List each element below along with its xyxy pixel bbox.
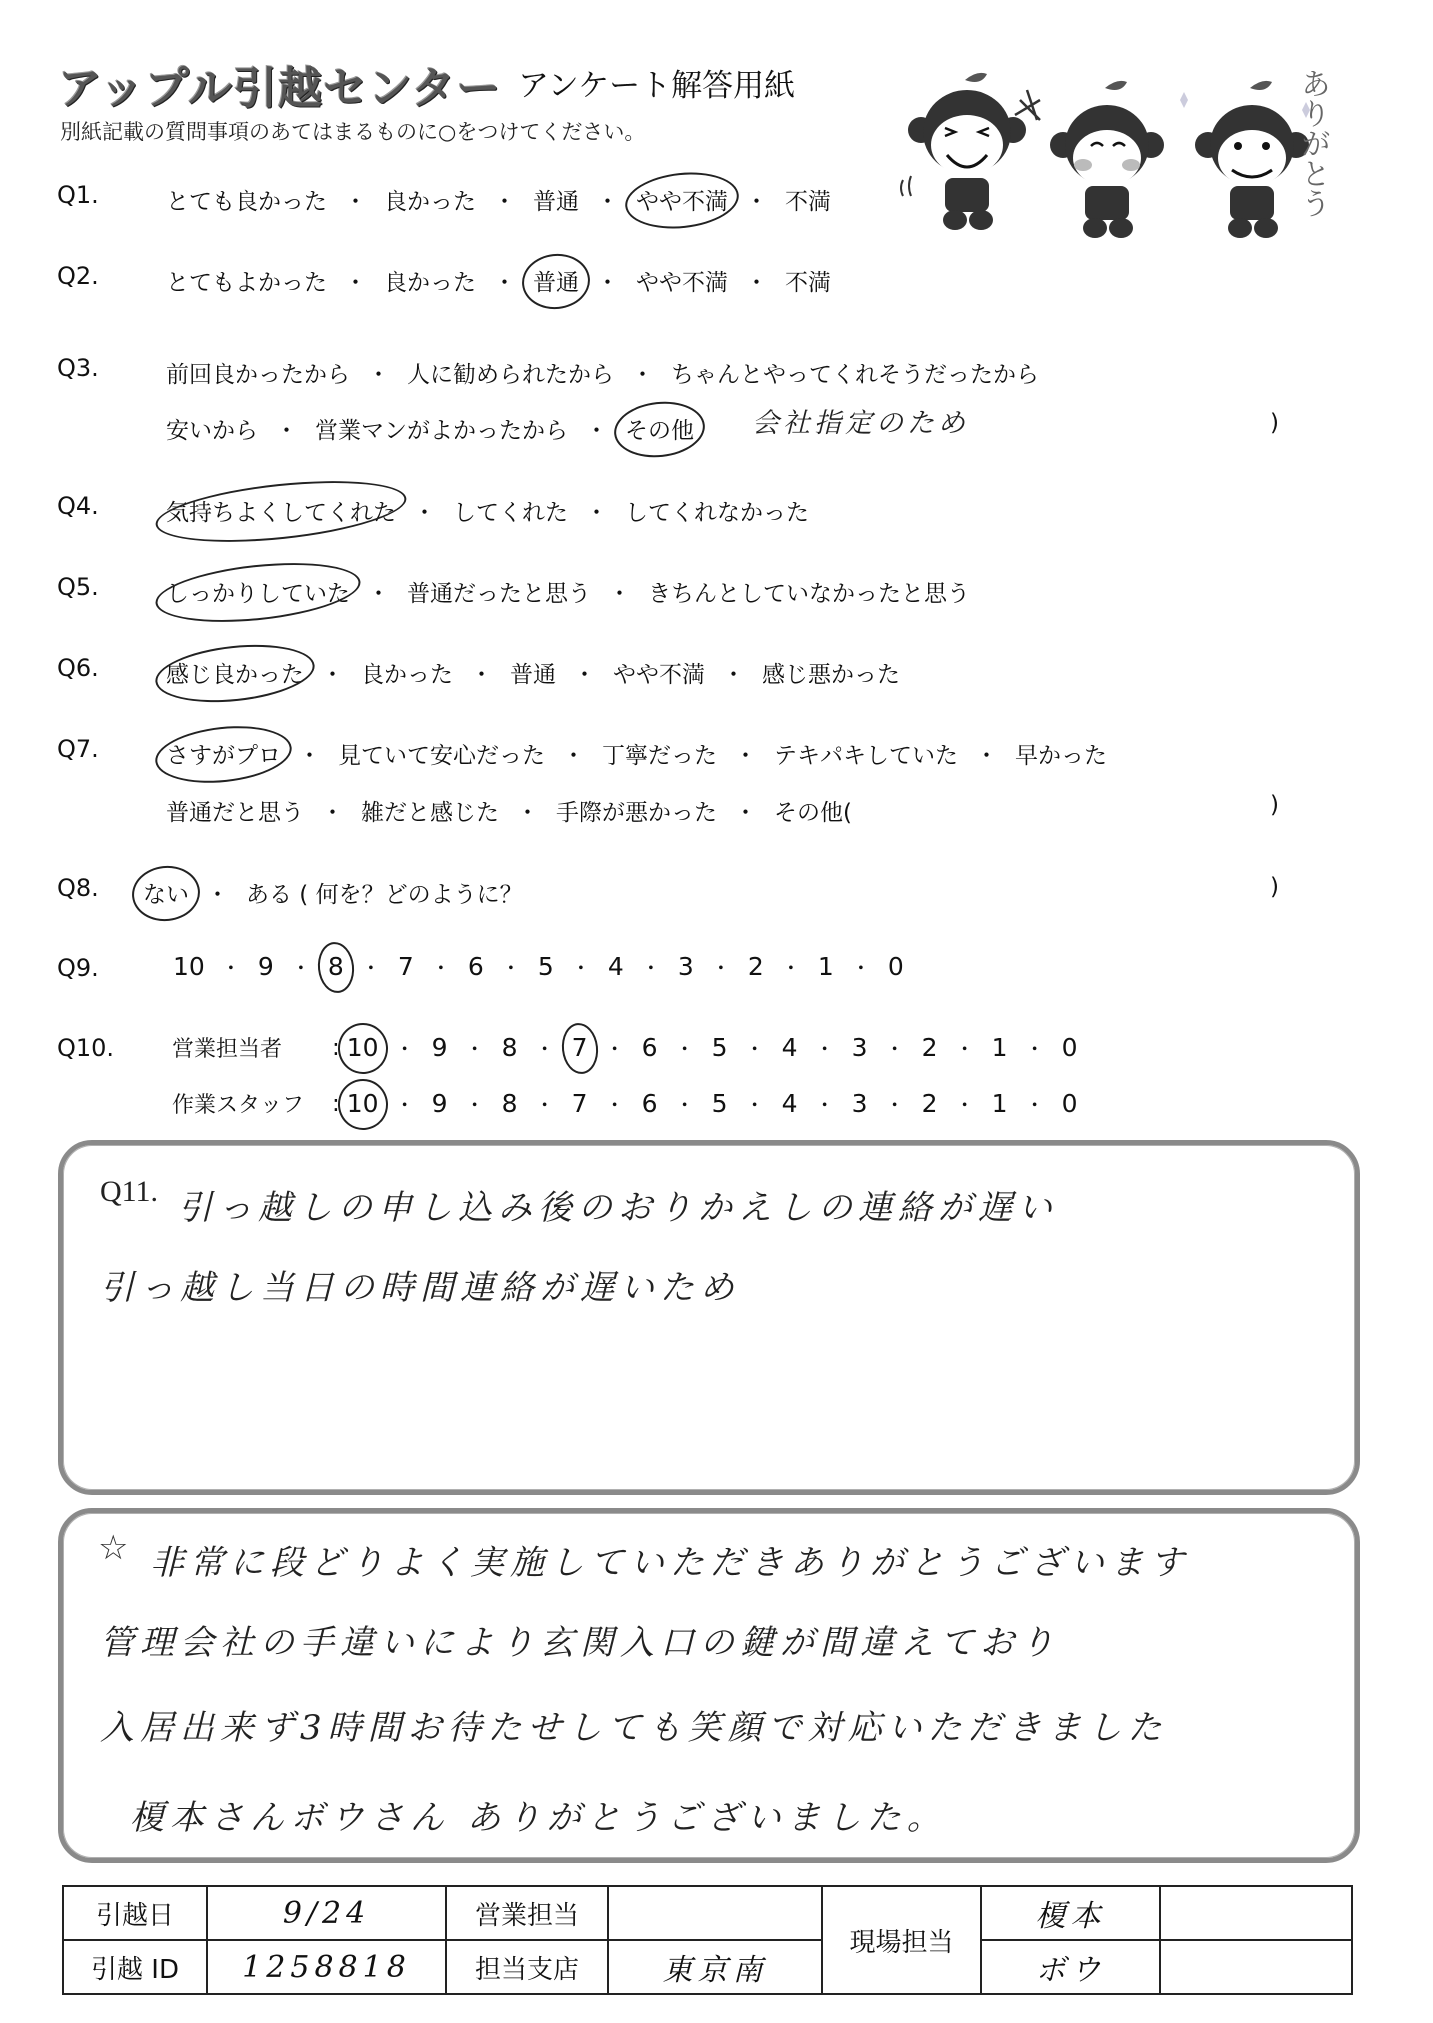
q3-option[interactable]: ちゃんとやってくれそうだったから bbox=[668, 354, 1042, 391]
q10-staff-score[interactable]: 0 bbox=[1058, 1089, 1082, 1118]
q9-label: Q9. bbox=[57, 954, 99, 982]
q7-label: Q7. bbox=[57, 735, 99, 763]
q7-option-selected[interactable]: さすがプロ bbox=[163, 735, 284, 772]
q7-option-other[interactable]: その他( bbox=[771, 792, 855, 829]
q9-score[interactable]: 5 bbox=[534, 952, 558, 981]
mascot-wink-icon bbox=[901, 73, 1026, 230]
q9-score[interactable]: 0 bbox=[884, 952, 908, 981]
q7-option[interactable]: テキパキしていた bbox=[771, 735, 961, 772]
q10-sales-score[interactable]: 0 bbox=[1058, 1033, 1082, 1062]
mascot-illustration-icon bbox=[895, 60, 1335, 240]
q2-options: とてもよかった・ 良かった・ 普通・ やや不満・ 不満 bbox=[163, 262, 834, 299]
thanks-text: ありがとう bbox=[1295, 68, 1329, 218]
q1-options: とても良かった・ 良かった・ 普通・ やや不満・ 不満 bbox=[163, 181, 834, 218]
q6-option[interactable]: やや不満 bbox=[610, 654, 708, 691]
q9-score[interactable]: 2 bbox=[744, 952, 768, 981]
instruction-text: 別紙記載の質問事項のあてはまるものに○をつけてください。 bbox=[60, 116, 645, 146]
q6-option-selected[interactable]: 感じ良かった bbox=[163, 654, 307, 691]
move-info-table: 引越日 9/24 営業担当 現場担当 榎本 引越 ID 1258818 担当支店… bbox=[62, 1885, 1353, 1995]
q7-options-line2: 普通だと思う・ 雑だと感じた・ 手際が悪かった・ その他( bbox=[163, 792, 855, 829]
q5-option[interactable]: きちんとしていなかったと思う bbox=[645, 573, 973, 610]
q6-option[interactable]: 感じ悪かった bbox=[759, 654, 903, 691]
q4-option[interactable]: してくれた bbox=[450, 492, 571, 529]
q5-option[interactable]: 普通だったと思う bbox=[404, 573, 594, 610]
q2-option[interactable]: とてもよかった bbox=[163, 262, 330, 299]
q10-staff-score[interactable]: 1 bbox=[988, 1089, 1012, 1118]
q3-other-answer[interactable]: 会社指定のため bbox=[752, 401, 969, 440]
q11-answer-line: 引っ越しの申し込み後のおりかえしの連絡が遅い bbox=[178, 1180, 1058, 1229]
q10-staff-row: 作業スタッフ : 10・ 9・ 8・ 7・ 6・ 5・ 4・ 3・ 2・ 1・ … bbox=[172, 1088, 1082, 1119]
q7-option[interactable]: 見ていて安心だった bbox=[335, 735, 548, 772]
move-date-label: 引越日 bbox=[63, 1886, 207, 1940]
q10-sales-score-selected[interactable]: 10 bbox=[344, 1033, 382, 1062]
q10-sales-score[interactable]: 5 bbox=[708, 1033, 732, 1062]
q7-options-line1: さすがプロ・ 見ていて安心だった・ 丁寧だった・ テキパキしていた・ 早かった bbox=[163, 735, 1110, 772]
comment-line: 入居出来ず3時間お待たせしても笑顔で対応いただきました bbox=[100, 1700, 1168, 1749]
site-staff-2[interactable]: ボウ bbox=[981, 1940, 1160, 1994]
q8-option-selected[interactable]: ない bbox=[140, 874, 192, 911]
q10-staff-score[interactable]: 5 bbox=[708, 1089, 732, 1118]
q9-score[interactable]: 1 bbox=[814, 952, 838, 981]
brand-title: アップル引越センター bbox=[58, 52, 501, 116]
q9-score[interactable]: 3 bbox=[674, 952, 698, 981]
q6-label: Q6. bbox=[57, 654, 99, 682]
q3-option[interactable]: 安いから bbox=[163, 410, 261, 447]
q10-sales-score[interactable]: 1 bbox=[988, 1033, 1012, 1062]
q10-label: Q10. bbox=[57, 1034, 114, 1062]
q4-label: Q4. bbox=[57, 492, 99, 520]
q7-close-paren: ) bbox=[1270, 792, 1279, 818]
q1-option-selected[interactable]: やや不満 bbox=[633, 181, 731, 218]
q10-staff-score[interactable]: 7 bbox=[568, 1089, 592, 1118]
comment-line: 管理会社の手違いにより玄関入口の鍵が間違えており bbox=[100, 1615, 1060, 1664]
comment-line: 非常に段どりよく実施していただきありがとうございます bbox=[150, 1535, 1190, 1584]
q9-score[interactable]: 6 bbox=[464, 952, 488, 981]
q10-sales-score[interactable]: 6 bbox=[638, 1033, 662, 1062]
form-title: アンケート解答用紙 bbox=[518, 60, 795, 105]
q3-label: Q3. bbox=[57, 354, 99, 382]
q8-close-paren: ) bbox=[1270, 874, 1279, 900]
q10-sales-row: 営業担当者 : 10・ 9・ 8・ 7・ 6・ 5・ 4・ 3・ 2・ 1・ 0 bbox=[172, 1032, 1082, 1063]
q6-option[interactable]: 良かった bbox=[358, 654, 456, 691]
q5-option-selected[interactable]: しっかりしていた bbox=[163, 573, 353, 610]
branch-value[interactable]: 東京南 bbox=[608, 1940, 822, 1994]
site-staff-extra[interactable] bbox=[1160, 1886, 1352, 1940]
q10-sales-score[interactable]: 8 bbox=[498, 1033, 522, 1062]
q10-staff-score[interactable]: 2 bbox=[918, 1089, 942, 1118]
q7-option[interactable]: 手際が悪かった bbox=[553, 792, 720, 829]
q2-option-selected[interactable]: 普通 bbox=[530, 262, 582, 299]
q10-sales-label: 営業担当者 bbox=[172, 1032, 332, 1063]
q1-label: Q1. bbox=[57, 181, 99, 209]
q10-staff-score[interactable]: 4 bbox=[778, 1089, 802, 1118]
q10-staff-label: 作業スタッフ bbox=[172, 1088, 332, 1119]
branch-label: 担当支店 bbox=[446, 1940, 608, 1994]
q9-scale: 10・ 9・ 8・ 7・ 6・ 5・ 4・ 3・ 2・ 1・ 0 bbox=[170, 952, 908, 981]
q4-options: 気持ちよくしてくれた・ してくれた・ してくれなかった bbox=[163, 492, 812, 529]
q10-staff-score[interactable]: 6 bbox=[638, 1089, 662, 1118]
q9-score[interactable]: 9 bbox=[254, 952, 278, 981]
sales-rep-label: 営業担当 bbox=[446, 1886, 608, 1940]
site-staff-extra[interactable] bbox=[1160, 1940, 1352, 1994]
q7-option[interactable]: 丁寧だった bbox=[599, 735, 720, 772]
q1-option[interactable]: 良かった bbox=[381, 181, 479, 218]
q7-option[interactable]: 普通だと思う bbox=[163, 792, 307, 829]
comment-line: 榎本さんボウさん ありがとうございました。 bbox=[130, 1790, 947, 1839]
site-staff-1[interactable]: 榎本 bbox=[981, 1886, 1160, 1940]
mascot-smile-icon bbox=[1180, 81, 1310, 238]
q10-sales-score-selected[interactable]: 7 bbox=[568, 1033, 592, 1062]
q7-option[interactable]: 早かった bbox=[1012, 735, 1110, 772]
q9-score[interactable]: 7 bbox=[394, 952, 418, 981]
q3-close-paren: ) bbox=[1270, 410, 1279, 436]
q3-option[interactable]: 営業マンがよかったから bbox=[312, 410, 571, 447]
q2-label: Q2. bbox=[57, 262, 99, 290]
q10-staff-score[interactable]: 8 bbox=[498, 1089, 522, 1118]
q3-options-line2: 安いから・ 営業マンがよかったから・ その他 bbox=[163, 410, 697, 447]
q8-option[interactable]: ある ( 何を？どのように？ bbox=[243, 874, 526, 911]
q10-sales-score[interactable]: 2 bbox=[918, 1033, 942, 1062]
q7-option[interactable]: 雑だと感じた bbox=[358, 792, 502, 829]
move-date-value[interactable]: 9/24 bbox=[207, 1886, 446, 1940]
sales-rep-value[interactable] bbox=[608, 1886, 822, 1940]
q6-options: 感じ良かった・ 良かった・ 普通・ やや不満・ 感じ悪かった bbox=[163, 654, 903, 691]
q1-option[interactable]: 不満 bbox=[782, 181, 834, 218]
q10-staff-score[interactable]: 9 bbox=[428, 1089, 452, 1118]
q4-option-selected[interactable]: 気持ちよくしてくれた bbox=[163, 492, 399, 529]
q3-option[interactable]: 人に勧められたから bbox=[404, 354, 617, 391]
q9-score[interactable]: 4 bbox=[604, 952, 628, 981]
mascot-shy-icon bbox=[1015, 81, 1164, 238]
q4-option[interactable]: してくれなかった bbox=[622, 492, 812, 529]
q10-staff-score-selected[interactable]: 10 bbox=[344, 1089, 382, 1118]
q9-score-selected[interactable]: 8 bbox=[324, 952, 348, 981]
q5-options: しっかりしていた・ 普通だったと思う・ きちんとしていなかったと思う bbox=[163, 573, 973, 610]
q3-option[interactable]: 前回良かったから bbox=[163, 354, 353, 391]
q10-sales-score[interactable]: 3 bbox=[848, 1033, 872, 1062]
q11-answer-line: 引っ越し当日の時間連絡が遅いため bbox=[100, 1260, 740, 1309]
q5-label: Q5. bbox=[57, 573, 99, 601]
move-id-value[interactable]: 1258818 bbox=[207, 1940, 446, 1994]
q10-sales-score[interactable]: 9 bbox=[428, 1033, 452, 1062]
move-id-label: 引越 ID bbox=[63, 1940, 207, 1994]
star-icon: ☆ bbox=[98, 1528, 128, 1568]
q8-label: Q8. bbox=[57, 874, 99, 902]
q6-option[interactable]: 普通 bbox=[507, 654, 559, 691]
q10-sales-score[interactable]: 4 bbox=[778, 1033, 802, 1062]
q2-option[interactable]: やや不満 bbox=[633, 262, 731, 299]
q3-option-selected[interactable]: その他 bbox=[622, 410, 697, 447]
site-staff-label: 現場担当 bbox=[822, 1886, 981, 1994]
q11-label: Q11. bbox=[100, 1175, 158, 1209]
q10-staff-score[interactable]: 3 bbox=[848, 1089, 872, 1118]
q1-option[interactable]: 普通 bbox=[530, 181, 582, 218]
q3-options-line1: 前回良かったから・ 人に勧められたから・ ちゃんとやってくれそうだったから bbox=[163, 354, 1042, 391]
q2-option[interactable]: 不満 bbox=[782, 262, 834, 299]
q9-score[interactable]: 10 bbox=[170, 952, 208, 981]
q8-options: ない・ ある ( 何を？どのように？ bbox=[140, 874, 526, 911]
q1-option[interactable]: とても良かった bbox=[163, 181, 330, 218]
q2-option[interactable]: 良かった bbox=[381, 262, 479, 299]
